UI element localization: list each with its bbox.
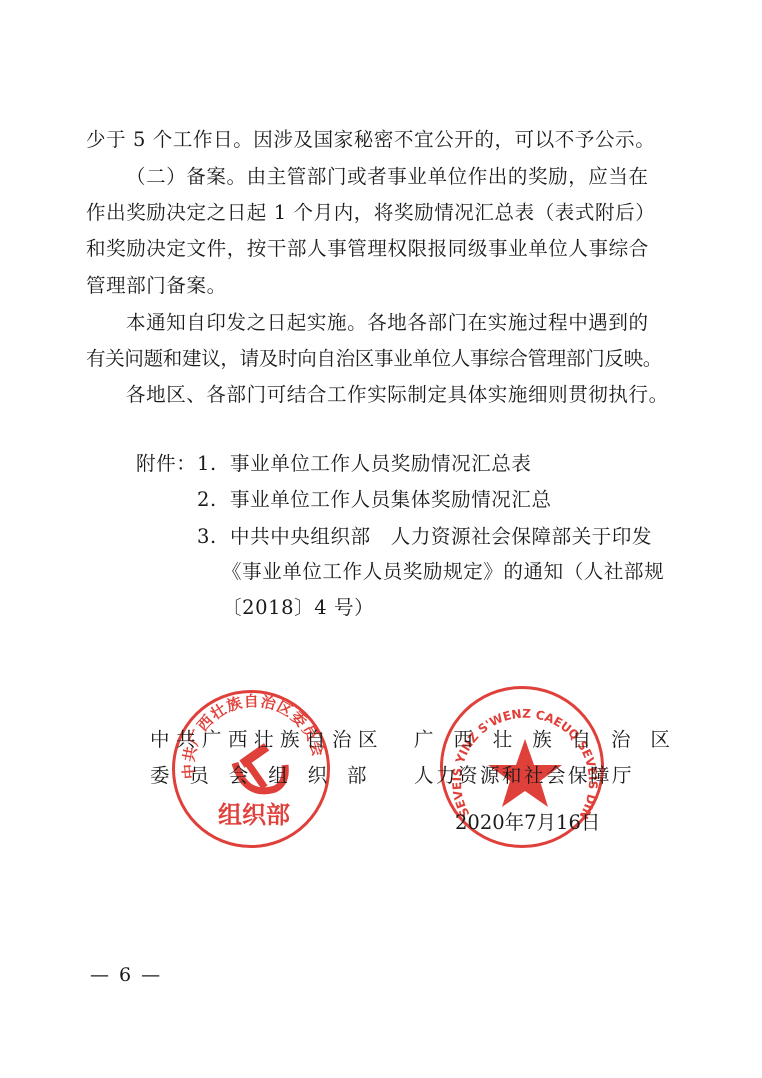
signature-right-line2: 人力资源和社会保障厅 (414, 764, 634, 788)
body-line: 和奖励决定文件，按干部人事管理权限报同级事业单位人事综合 (86, 237, 649, 261)
signature-left-line2: 委 员 会 组 织 部 (150, 764, 367, 788)
body-line: 各地区、各部门可结合工作实际制定具体实施细则贯彻执行。 (126, 383, 669, 407)
attachments-label: 附件： (136, 452, 196, 476)
body-line: （二）备案。由主管部门或者事业单位作出的奖励，应当在 (126, 165, 649, 189)
body-line: 有关问题和建议，请及时向自治区事业单位人事综合管理部门反映。 (86, 347, 662, 371)
attachment-item: 中共中央组织部 人力资源社会保障部关于印发 (230, 525, 652, 549)
attachment-item: 《事业单位工作人员奖励规定》的通知（人社部规 (222, 560, 664, 584)
signature-date: 2020年7月16日 (455, 811, 600, 835)
attachment-number: 3. (197, 525, 217, 549)
attachment-number: 2. (197, 488, 217, 512)
body-line: 少于 5 个工作日。因涉及国家秘密不宜公开的，可以不予公示。 (86, 128, 655, 152)
attachment-number: 1. (197, 452, 217, 476)
signature-right-line1: 广 西 壮 族 自 治 区 (414, 728, 670, 752)
page-number: — 6 — (90, 963, 162, 987)
svg-text:组织部: 组织部 (218, 800, 290, 829)
attachment-item: 事业单位工作人员集体奖励情况汇总 (230, 488, 552, 512)
attachment-item: 事业单位工作人员奖励情况汇总表 (230, 452, 532, 476)
body-line: 管理部门备案。 (86, 274, 227, 298)
body-line: 本通知自印发之日起实施。各地各部门在实施过程中遇到的 (126, 311, 649, 335)
signature-left-line1: 中共广西壮族自治区 (150, 728, 384, 752)
body-line: 作出奖励决定之日起 1 个月内，将奖励情况汇总表（表式附后） (86, 201, 655, 225)
attachment-item: 〔2018〕4 号） (222, 596, 374, 620)
